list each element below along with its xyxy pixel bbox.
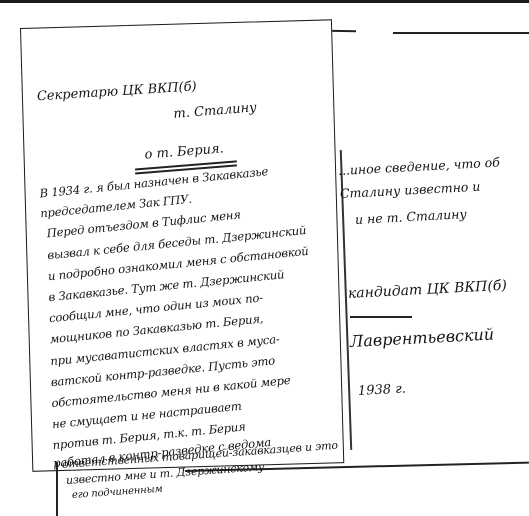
top-frame-rule <box>0 0 529 3</box>
back-page-text-line: Сталину известно и <box>340 179 481 201</box>
handwritten-letter-sheet: Секретарю ЦК ВКП(б) т. Сталину о т. Бери… <box>20 19 344 472</box>
addressee-line-1: Секретарю ЦК ВКП(б) <box>37 79 198 104</box>
back-page-text-line: ...иное сведение, что об <box>338 155 501 178</box>
back-page-text-line: и не т. Сталину <box>355 206 467 227</box>
sheet-left-edge-extension <box>56 462 58 516</box>
back-page-date: 1938 г. <box>358 382 407 399</box>
back-page-top-line-right <box>393 32 529 34</box>
back-page-signature: Лаврентьевский <box>350 324 495 351</box>
body-line: его подчиненным <box>72 484 163 501</box>
back-page-text-line: кандидат ЦК ВКП(б) <box>348 278 508 302</box>
addressee-line-2: т. Сталину <box>173 100 257 122</box>
back-page-signature-rule <box>350 316 412 318</box>
letter-heading: о т. Берия. <box>144 141 224 162</box>
